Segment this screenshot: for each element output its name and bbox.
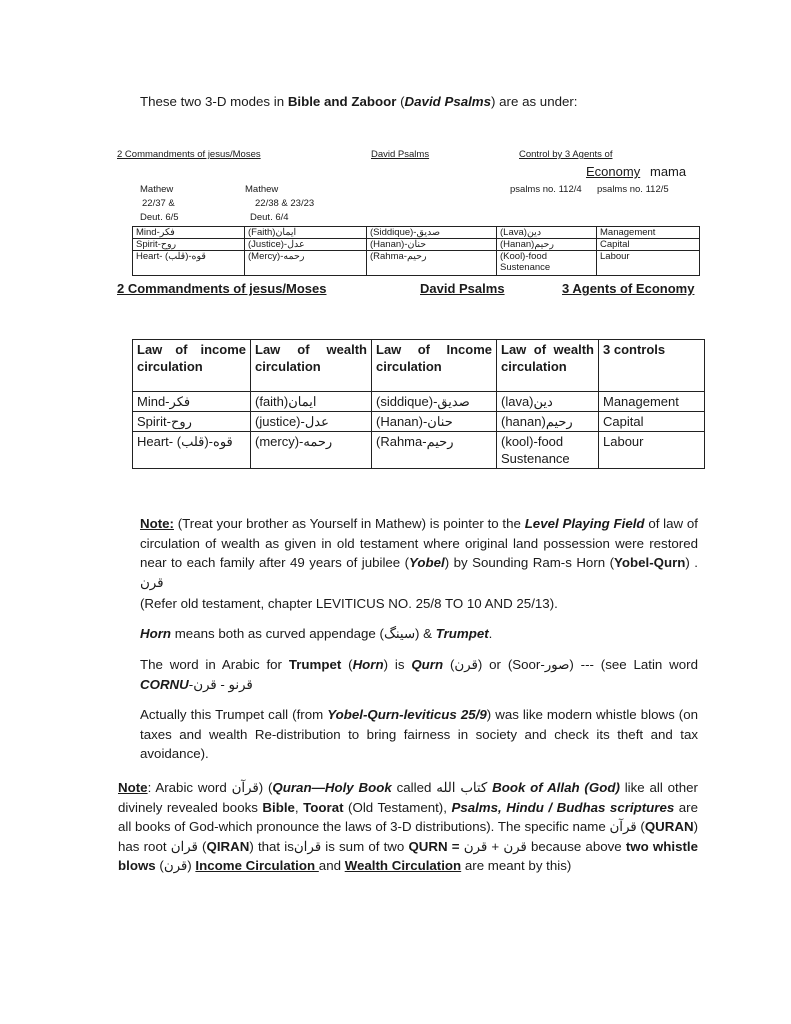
table-cell: Capital [597,239,700,251]
table-cell: (justice)-عدل [251,412,372,432]
emphasis: Yobel-Qurn [614,555,685,570]
intro-bold-italic: David Psalms [405,94,491,109]
small-header-commandments: 2 Commandments of jesus/Moses [117,149,261,160]
emphasis: Bible [262,800,295,815]
emphasis: Trumpet [436,626,489,641]
table-cell: Labour [597,251,700,276]
note-label: Note [118,780,148,795]
emphasis: Psalms, Hindu / Budhas scriptures [451,800,674,815]
text: ) is [384,657,412,672]
actually-paragraph: Actually this Trumpet call (from Yobel-Q… [140,705,698,764]
table-cell: (Justice)-عدل [245,239,367,251]
ref2-line1: Mathew [245,184,278,195]
text: (قرن) or (Soor-صور) --- (see Latin word [443,657,698,672]
text: The word in Arabic for [140,657,289,672]
table-row: Heart- قوه-(قلب) (Mercy)-رحمه (Rahma-رحي… [133,251,700,276]
table-cell: (mercy)-رحمه [251,432,372,469]
note-paragraph-1: Note: (Treat your brother as Yourself in… [140,514,698,592]
emphasis: CORNU [140,677,189,692]
emphasis: Quran—Holy Book [272,780,391,795]
table-row: Spirit-روح (justice)-عدل (Hanan)-حنان (h… [133,412,705,432]
big-header-psalms: David Psalms [420,281,519,296]
text: called كتاب الله [392,780,492,795]
table-cell: Management [599,392,705,412]
emphasis: Level Playing Field [525,516,645,531]
table-cell: (faith)ايمان [251,392,372,412]
table-header-row: Law of income circulation Law of wealth … [133,340,705,392]
text: -قرنو - قرن [189,677,253,692]
big-header-agents: 3 Agents of Economy [562,281,694,296]
table-cell: Spirit-روح [133,412,251,432]
emphasis: QURAN [645,819,694,834]
refer-paragraph: (Refer old testament, chapter LEVITICUS … [140,594,698,614]
table-header-cell: Law of wealth circulation [497,340,599,392]
table-cell: Mind-فكر [133,392,251,412]
table-cell: (Mercy)-رحمه [245,251,367,276]
table-cell: (Hanan)-حنان [372,412,497,432]
small-header-psalms: David Psalms [371,149,449,160]
table-cell: (Siddique)-صديق [367,227,497,239]
table-cell: (Rahma-رحيم [367,251,497,276]
big-header-commandments: 2 Commandments of jesus/Moses [117,281,327,296]
text: are meant by this) [461,858,571,873]
table-cell: Spirit-روح [133,239,245,251]
table-row: Mind-فكر (faith)ايمان (siddique)-صديق (l… [133,392,705,412]
emphasis: Qurn [411,657,443,672]
table-row: Mind-فكر (Faith)ايمان (Siddique)-صديق (L… [133,227,700,239]
intro-suffix: ) are as under: [491,94,577,109]
table-header-cell: Law of wealth circulation [251,340,372,392]
emphasis: Book of Allah (God) [492,780,620,795]
text: ( [341,657,352,672]
emphasis: Horn [353,657,384,672]
text: (Old Testament), [344,800,452,815]
small-header-mama: mama [650,164,686,179]
table-cell: (Hanan)رحيم [497,239,597,251]
table-cell: (siddique)-صديق [372,392,497,412]
text: and [319,858,345,873]
emphasis: Income Circulation [195,858,318,873]
emphasis: QIRAN [206,839,249,854]
text: (قرن) [156,858,196,873]
text: ) by Sounding Ram-s Horn ( [445,555,614,570]
table-row: Heart- قوه-(قلب) (mercy)-رحمه (Rahma-رحي… [133,432,705,469]
emphasis: Yobel [409,555,445,570]
table-cell: Mind-فكر [133,227,245,239]
table-cell: Heart- قوه-(قلب) [133,432,251,469]
note-paragraph-2: Note: Arabic word قرآن) (Quran—Holy Book… [118,778,698,876]
ref1-line1: Mathew [140,184,173,195]
text: . [489,626,493,641]
big-table: Law of income circulation Law of wealth … [132,339,705,469]
intro-line: These two 3-D modes in Bible and Zaboor … [140,94,578,109]
ref1-line3: Deut. 6/5 [140,212,179,223]
table-cell: Capital [599,412,705,432]
emphasis: Toorat [303,800,343,815]
text: , [295,800,303,815]
table-cell: (kool)-food Sustenance [497,432,599,469]
table-row: Spirit-روح (Justice)-عدل (Hanan)-حنان (H… [133,239,700,251]
ref2-line3: Deut. 6/4 [250,212,289,223]
table-cell: Management [597,227,700,239]
text: Actually this Trumpet call (from [140,707,327,722]
table-cell: (Lava)دين [497,227,597,239]
ref2-line2: 22/38 & 23/23 [255,198,314,209]
emphasis: Yobel-Qurn-leviticus 25/9 [327,707,486,722]
horn-paragraph: Horn means both as curved appendage (سین… [140,624,698,644]
table-cell: Heart- قوه-(قلب) [133,251,245,276]
intro-bold: Bible and Zaboor [288,94,397,109]
intro-prefix: These two 3-D modes in [140,94,288,109]
ref3: psalms no. 112/4 [510,184,582,195]
text: : Arabic word قرآن) ( [148,780,273,795]
ref1-line2: 22/37 & [142,198,175,209]
text: قرن + قرن because above [460,839,626,854]
small-table: Mind-فكر (Faith)ايمان (Siddique)-صديق (L… [132,226,700,276]
table-cell: (Hanan)-حنان [367,239,497,251]
emphasis: Wealth Circulation [345,858,461,873]
text: ) that isقران is sum of two [249,839,408,854]
table-cell: (lava)دين [497,392,599,412]
table-cell: (hanan)رحيم [497,412,599,432]
emphasis: Horn [140,626,171,641]
table-header-cell: Law of Income circulation [372,340,497,392]
note-label: Note: [140,516,174,531]
text: (Treat your brother as Yourself in Mathe… [174,516,525,531]
table-header-cell: 3 controls [599,340,705,392]
table-cell: (Rahma-رحيم [372,432,497,469]
text: means both as curved appendage (سینگ) & [171,626,436,641]
small-header-economy: Economy [586,164,640,179]
emphasis: QURN = [408,839,459,854]
table-header-cell: Law of income circulation [133,340,251,392]
table-cell: Labour [599,432,705,469]
small-header-control: Control by 3 Agents of [519,149,612,160]
emphasis: Trumpet [289,657,341,672]
intro-mid: ( [396,94,404,109]
table-cell: (Faith)ايمان [245,227,367,239]
ref4: psalms no. 112/5 [597,184,669,195]
arabic-word-paragraph: The word in Arabic for Trumpet (Horn) is… [140,655,698,694]
table-cell: (Kool)-food Sustenance [497,251,597,276]
